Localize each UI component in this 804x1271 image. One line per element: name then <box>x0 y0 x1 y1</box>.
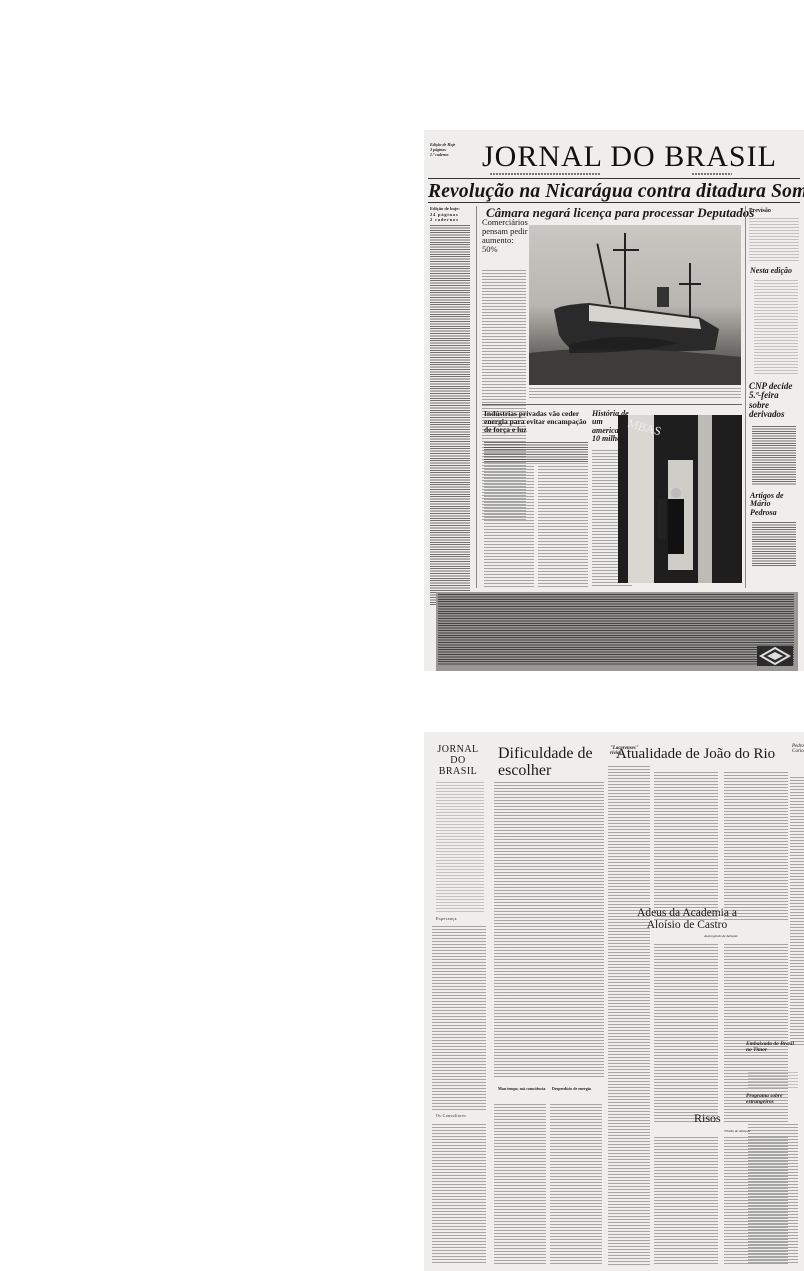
bottom-ad-text <box>438 594 794 666</box>
banner-headline: Revolução na Nicarágua contra ditadura S… <box>428 181 804 203</box>
article-headline: Artigos de Mário Pedrosa <box>750 492 798 517</box>
masthead-credits <box>436 782 484 912</box>
article-text <box>432 926 486 1111</box>
left-title-line: 2 cadernos <box>430 217 472 223</box>
article-text <box>538 466 588 588</box>
article-text <box>724 772 788 922</box>
article-text <box>790 777 804 1047</box>
article-text <box>494 1104 546 1266</box>
article-byline: Tristão de Athayde <box>724 1130 750 1134</box>
ship-illustration-icon <box>529 225 741 385</box>
banner-rule <box>428 202 800 203</box>
article-text <box>494 782 604 1077</box>
left-column-text <box>430 225 470 605</box>
article-text <box>654 944 718 1124</box>
masthead-rule <box>428 178 800 179</box>
masthead: JORNAL DO BRASIL <box>482 140 777 174</box>
newspaper-editorial-page: JORNAL DO BRASIL Esperança Os Consultore… <box>424 732 804 1271</box>
article-text <box>484 442 588 464</box>
column-rule <box>745 206 746 588</box>
masthead-left-note: Edição de Hoje 3 páginas 1.º caderno <box>430 142 455 157</box>
article-text <box>752 522 796 566</box>
article-text <box>752 426 796 486</box>
small-masthead: JORNAL DO BRASIL <box>428 744 488 777</box>
issue-number <box>692 173 732 175</box>
article-headline: Os Consultores <box>436 1114 466 1118</box>
masthead-line: BRASIL <box>428 766 488 777</box>
section-rule <box>482 404 742 405</box>
article-headline: Comerciários pensam pedir aumento: 50% <box>482 218 528 254</box>
dateline <box>490 173 600 175</box>
article-headline: Esperança <box>436 917 457 921</box>
article-text <box>608 766 650 1266</box>
article-headline: Nesta edição <box>750 267 792 275</box>
ship-photo <box>529 225 741 385</box>
article-byline: Austregésilo de Athayde <box>704 935 738 939</box>
article-headline: Indústrias privadas vão ceder energia pa… <box>484 410 589 434</box>
ship-photo-caption <box>529 388 741 400</box>
column-rule <box>476 206 477 588</box>
editorial-headline: Atualidade de João do Rio <box>616 747 775 763</box>
masthead-line: JORNAL <box>428 744 488 755</box>
article-headline: Mau tempo, má consciência <box>498 1087 546 1091</box>
article-text <box>550 1104 602 1266</box>
article-headline: Embaixada do Brasil no Timor <box>746 1042 801 1054</box>
editorial-headline: Adeus da Academia a Aloísio de Castro <box>632 907 742 931</box>
article-headline: Pedro Nava e os Cariocas Bacharéis <box>792 744 804 755</box>
article-headline: Programa sobre estrangeiros <box>746 1094 801 1106</box>
brand-diamond-icon <box>757 646 793 666</box>
article-text <box>754 280 798 375</box>
doorway-illustration-icon: MBAS <box>618 415 742 583</box>
left-column-title: Edição de hoje: 24 páginas 2 cadernos <box>430 206 472 223</box>
article-headline: CNP decide 5.ª-feira sobre derivados <box>749 382 799 420</box>
article-headline: Desperdício de energia <box>552 1087 600 1091</box>
article-text <box>749 218 799 263</box>
article-text <box>748 1124 798 1264</box>
article-text <box>654 1137 718 1265</box>
article-headline: Previsão <box>749 208 771 214</box>
article-text <box>654 772 718 922</box>
newspaper-front-page: Edição de Hoje 3 páginas 1.º caderno JOR… <box>424 130 804 671</box>
article-text <box>432 1124 486 1264</box>
article-text <box>748 1072 798 1090</box>
doorway-photo: MBAS <box>618 415 742 583</box>
masthead-line: DO <box>428 755 488 766</box>
editorial-headline: Risos <box>694 1112 721 1125</box>
article-text <box>484 466 534 588</box>
editorial-headline: Dificuldade de escolher <box>498 746 598 780</box>
note-line: 1.º caderno <box>430 152 455 157</box>
